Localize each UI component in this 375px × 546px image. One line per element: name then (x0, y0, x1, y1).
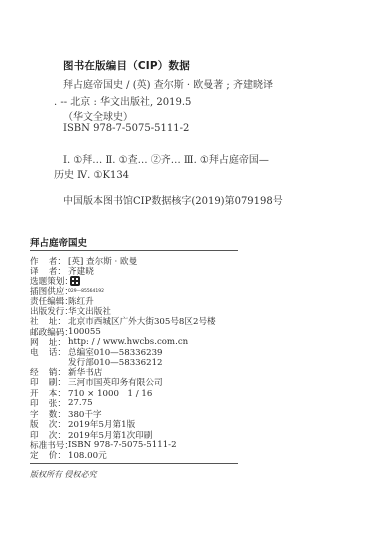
cip-line-series: （华文全球史） (63, 108, 133, 123)
cip-verification-number: 中国版本图书馆CIP数据核字(2019)第079198号 (63, 192, 283, 207)
cip-line-title: 拜占庭帝国史 / (英) 查尔斯 · 欧曼著 ; 齐建晓译 (63, 76, 273, 91)
cip-heading: 图书在版编目（CIP）数据 (63, 58, 190, 73)
colophon-row: 印张：27.75 (30, 398, 93, 408)
colophon-value: 100055 (68, 327, 101, 337)
cip-classification-1: Ⅰ. ①拜… Ⅱ. ①查… ②齐… Ⅲ. ①拜占庭帝国— (63, 151, 269, 166)
colophon-label: 定价： (30, 449, 66, 461)
colophon-row: 印刷：三河市国英印务有限公司 (30, 377, 163, 387)
colophon-value: 108.00元 (68, 449, 107, 461)
colophon-value: 029—85564192 (68, 289, 104, 294)
book-title: 拜占庭帝国史 (30, 235, 87, 249)
cip-line-publisher: . -- 北京 : 华文出版社, 2019.5 (54, 93, 191, 108)
copyright-note: 版权所有 侵权必究 (30, 469, 97, 480)
colophon-label-part: 价： (49, 449, 66, 461)
cip-classification-2: 历史 Ⅳ. ①K134 (54, 166, 129, 181)
qr-code-icon (70, 276, 80, 286)
colophon-value: 27.75 (68, 398, 93, 408)
colophon-value: 北京市西城区广外大街305号8区2号楼 (68, 315, 216, 327)
colophon-row: 社址：北京市西城区广外大街305号8区2号楼 (30, 316, 216, 326)
cip-line-isbn: ISBN 978-7-5075-5111-2 (63, 123, 189, 134)
title-divider (30, 250, 238, 251)
colophon-row: 定价：108.00元 (30, 450, 107, 460)
colophon-label-part: 定 (30, 449, 39, 461)
colophon-row: 版次：2019年5月第1版 (30, 419, 135, 429)
bottom-divider (30, 463, 238, 464)
